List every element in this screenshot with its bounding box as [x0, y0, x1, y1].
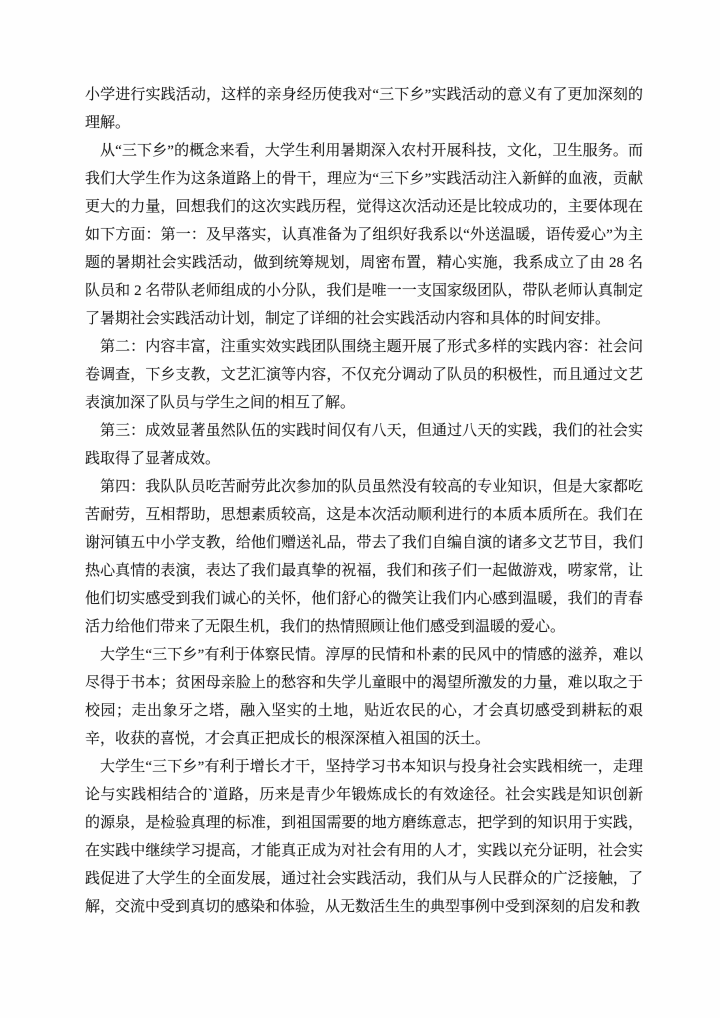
paragraph-overview: 从“三下乡”的概念来看，大学生利用暑期深入农村开展科技，文化，卫生服务。而我们大…	[85, 137, 643, 333]
paragraph-point-two: 第二：内容丰富，注重实效实践团队围绕主题开展了形式多样的实践内容：社会问卷调查，…	[85, 333, 643, 417]
paragraph-continuation: 小学进行实践活动，这样的亲身经历使我对“三下乡”实践活动的意义有了更加深刻的理解…	[85, 81, 643, 137]
paragraph-point-three: 第三：成效显著虽然队伍的实践时间仅有八天，但通过八天的实践，我们的社会实践取得了…	[85, 417, 643, 473]
document-page: 小学进行实践活动，这样的亲身经历使我对“三下乡”实践活动的意义有了更加深刻的理解…	[0, 0, 720, 1018]
paragraph-grow-talent: 大学生“三下乡”有利于增长才干，坚持学习书本知识与投身社会实践相统一，走理论与实…	[85, 753, 643, 921]
paragraph-observe-people: 大学生“三下乡”有利于体察民情。淳厚的民情和朴素的民风中的情感的滋养，难以尽得于…	[85, 641, 643, 753]
paragraph-point-four: 第四：我队队员吃苦耐劳此次参加的队员虽然没有较高的专业知识，但是大家都吃苦耐劳，…	[85, 473, 643, 641]
document-body-text: 小学进行实践活动，这样的亲身经历使我对“三下乡”实践活动的意义有了更加深刻的理解…	[85, 81, 643, 921]
